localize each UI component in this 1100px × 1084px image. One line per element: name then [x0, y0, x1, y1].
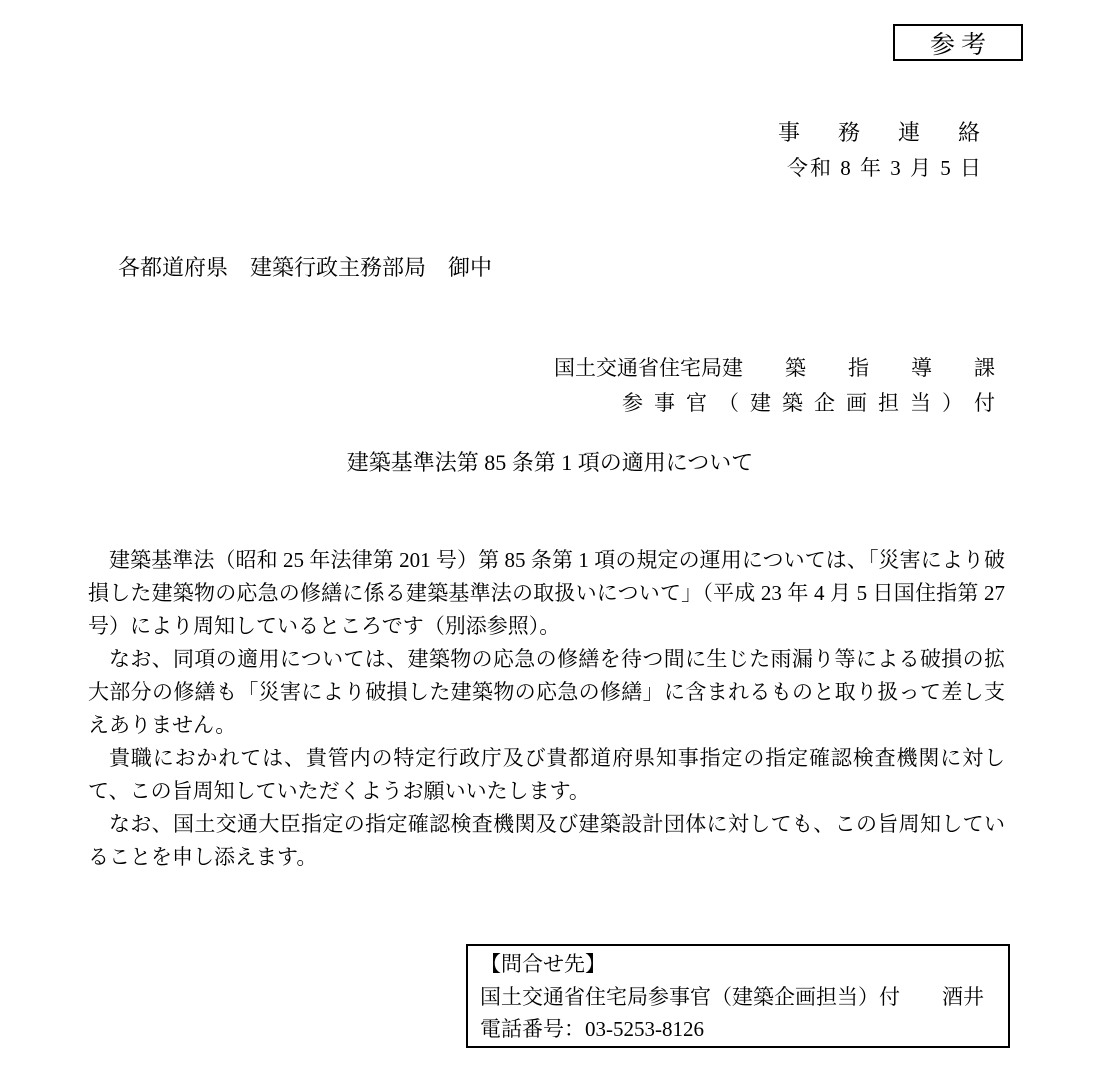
body-paragraph-4: なお、国土交通大臣指定の指定確認検査機関及び建築設計団体に対しても、この旨周知し…	[88, 808, 1005, 874]
body-paragraph-2: なお、同項の適用については、建築物の応急の修繕を待つ間に生じた雨漏り等による破損…	[88, 643, 1005, 742]
addressee-line: 各都道府県 建築行政主務部局 御中	[118, 251, 492, 282]
contact-person: 国土交通省住宅局参事官（建築企画担当）付 酒井	[480, 981, 996, 1014]
contact-heading: 【問合せ先】	[480, 948, 996, 981]
contact-phone: 電話番号：03-5253-8126	[480, 1013, 996, 1046]
document-page: 参考 事 務 連 絡 令和 8 年 3 月 5 日 各都道府県 建築行政主務部局…	[0, 0, 1100, 1084]
sender-counselor: 参事官（建築企画担当）付	[554, 386, 1006, 421]
reference-stamp-box: 参考	[893, 24, 1023, 61]
contact-box: 【問合せ先】 国土交通省住宅局参事官（建築企画担当）付 酒井 電話番号：03-5…	[466, 944, 1010, 1048]
sender-block: 国土交通省住宅局建 築 指 導 課 参事官（建築企画担当）付	[554, 351, 995, 421]
sender-division: 国土交通省住宅局建 築 指 導 課	[554, 351, 995, 386]
body-paragraph-1: 建築基準法（昭和 25 年法律第 201 号）第 85 条第 1 項の規定の運用…	[88, 544, 1005, 643]
document-title: 建築基準法第 85 条第 1 項の適用について	[0, 446, 1100, 477]
doc-date: 令和 8 年 3 月 5 日	[787, 152, 983, 182]
doc-type-label: 事 務 連 絡	[778, 116, 988, 147]
body-paragraph-3: 貴職におかれては、貴管内の特定行政庁及び貴都道府県知事指定の指定確認検査機関に対…	[88, 742, 1005, 808]
reference-stamp-label: 参考	[930, 25, 992, 61]
document-body: 建築基準法（昭和 25 年法律第 201 号）第 85 条第 1 項の規定の運用…	[88, 544, 1005, 874]
